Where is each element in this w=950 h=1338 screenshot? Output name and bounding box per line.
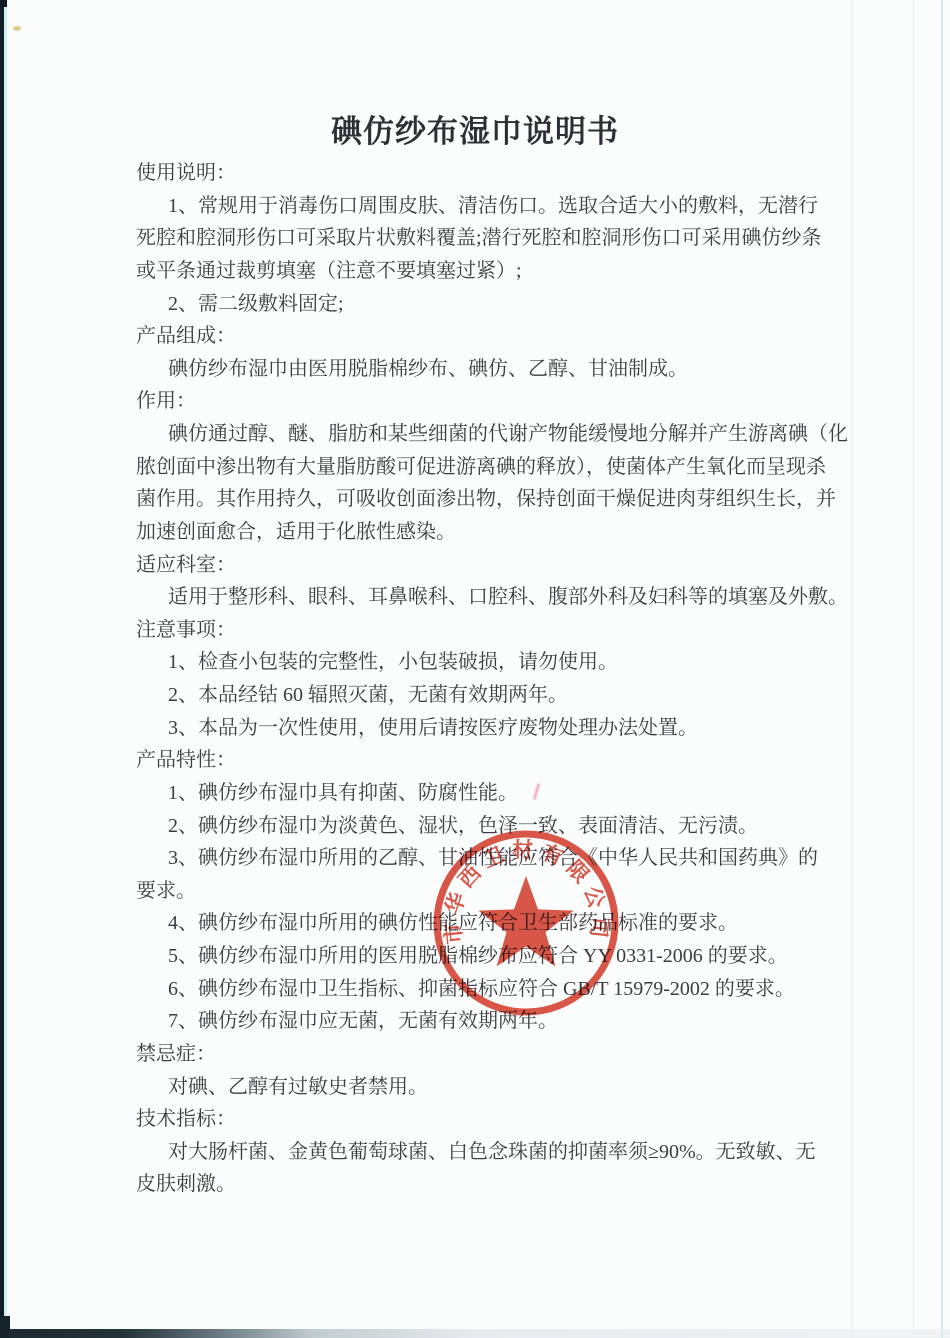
text-line: 5、碘仿纱布湿巾所用的医用脱脂棉纱布应符合 YY 0331-2006 的要求。 — [136, 940, 836, 973]
scan-edge-left-highlight — [4, 0, 7, 1338]
text-line: 2、本品经钴 60 辐照灭菌，无菌有效期两年。 — [136, 679, 836, 712]
text-line: 作用： — [136, 385, 836, 418]
document-body: 使用说明：1、常规用于消毒伤口周围皮肤、清洁伤口。选取合适大小的敷料，无潜行死腔… — [136, 157, 836, 1201]
text-line: 3、本品为一次性使用，使用后请按医疗废物处理办法处置。 — [136, 712, 836, 745]
text-line: 使用说明： — [136, 157, 836, 190]
text-line: 或平条通过裁剪填塞（注意不要填塞过紧）; — [136, 255, 836, 288]
text-line: 菌作用。其作用持久，可吸收创面渗出物，保持创面干燥促进肉芽组织生长，并 — [136, 483, 836, 516]
text-line: 注意事项： — [136, 614, 836, 647]
text-line: 4、碘仿纱布湿巾所用的碘仿性能应符合卫生部药品标准的要求。 — [136, 907, 836, 940]
text-line: 对大肠杆菌、金黄色葡萄球菌、白色念珠菌的抑菌率须≥90%。无致敏、无 — [136, 1136, 836, 1169]
text-line: 碘仿纱布湿巾由医用脱脂棉纱布、碘仿、乙醇、甘油制成。 — [136, 353, 836, 386]
text-line: 1、碘仿纱布湿巾具有抑菌、防腐性能。 — [136, 777, 836, 810]
scan-streak-line — [852, 0, 853, 1338]
text-line: 1、常规用于消毒伤口周围皮肤、清洁伤口。选取合适大小的敷料，无潜行 — [136, 190, 836, 223]
page-title: 碘仿纱布湿巾说明书 — [0, 106, 950, 151]
text-line: 加速创面愈合，适用于化脓性感染。 — [136, 516, 836, 549]
text-line: 适应科室： — [136, 549, 836, 582]
text-line: 3、碘仿纱布湿巾所用的乙醇、甘油性能应符合《中华人民共和国药典》的 — [136, 842, 836, 875]
text-line: 禁忌症： — [136, 1038, 836, 1071]
text-line: 碘仿通过醇、醚、脂肪和某些细菌的代谢产物能缓慢地分解并产生游离碘（化 — [136, 418, 836, 451]
text-line: 适用于整形科、眼科、耳鼻喉科、口腔科、腹部外科及妇科等的填塞及外敷。 — [136, 581, 836, 614]
text-line: 脓创面中渗出物有大量脂肪酸可促进游离碘的释放），使菌体产生氧化而呈现杀 — [136, 451, 836, 484]
text-line: 6、碘仿纱布湿巾卫生指标、抑菌指标应符合 GB/T 15979-2002 的要求… — [136, 973, 836, 1006]
text-line: 产品特性： — [136, 744, 836, 777]
text-line: 2、需二级敷料固定; — [136, 288, 836, 321]
text-line: 要求。 — [136, 875, 836, 908]
text-line: 技术指标： — [136, 1103, 836, 1136]
text-line: 7、碘仿纱布湿巾应无菌，无菌有效期两年。 — [136, 1005, 836, 1038]
paper-speck — [13, 26, 21, 31]
scan-streak-line — [913, 0, 914, 1338]
scan-edge-bottom — [0, 1329, 950, 1338]
text-line: 2、碘仿纱布湿巾为淡黄色、湿状，色泽一致、表面清洁、无污渍。 — [136, 810, 836, 843]
scan-corner-top-left — [0, 0, 7, 7]
scan-streak-line — [941, 0, 943, 1338]
text-line: 产品组成： — [136, 320, 836, 353]
text-line: 死腔和腔洞形伤口可采取片状敷料覆盖;潜行死腔和腔洞形伤口可采用碘仿纱条 — [136, 222, 836, 255]
text-line: 皮肤刺激。 — [136, 1168, 836, 1201]
text-line: 对碘、乙醇有过敏史者禁用。 — [136, 1071, 836, 1104]
text-line: 1、检查小包装的完整性，小包装破损，请勿使用。 — [136, 646, 836, 679]
scanned-page: 碘仿纱布湿巾说明书 使用说明：1、常规用于消毒伤口周围皮肤、清洁伤口。选取合适大… — [0, 0, 950, 1338]
scan-corner-bottom-left — [0, 1316, 10, 1338]
